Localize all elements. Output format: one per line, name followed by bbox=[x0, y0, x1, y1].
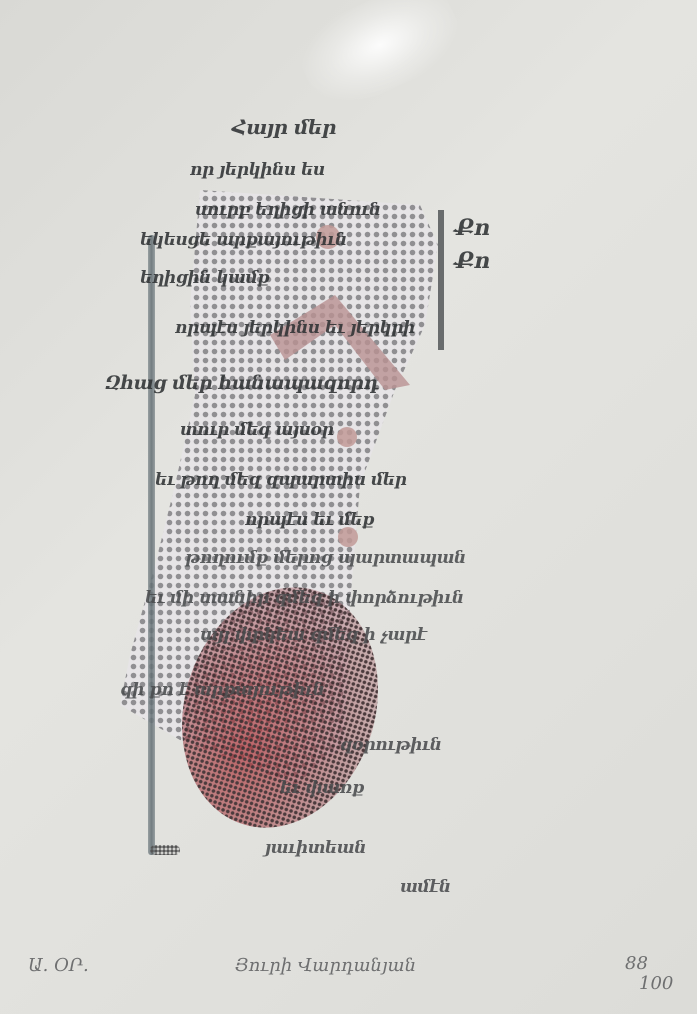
edition-denominator: 100 bbox=[639, 975, 673, 993]
text-line: զօրութիւն bbox=[340, 735, 442, 755]
text-line: որպէս եւ մեք bbox=[245, 510, 374, 530]
text-line: եւ թող մեզ զպարտիս մեր bbox=[155, 470, 406, 490]
text-line: Զհաց մեր հանապազորդ bbox=[105, 372, 378, 394]
side-mark: Քո bbox=[455, 215, 490, 241]
text-line: որպէս յերկինս եւ յերկրի bbox=[175, 318, 415, 338]
text-line: ամէն bbox=[400, 877, 451, 897]
artist-signature: Յուրի Վարդանյան bbox=[235, 955, 416, 976]
text-line: այլ փրկեա զմեզ ի չարէ bbox=[200, 625, 426, 645]
text-line: յաւիտեան bbox=[265, 838, 366, 858]
text-line: զի քո է արքայութիւն bbox=[120, 680, 324, 700]
text-line: եղիցին կամք bbox=[140, 268, 269, 288]
text-line: եւ փառք bbox=[280, 778, 364, 798]
text-line: եւ մի տանիր զմեզ ի փորձութիւն bbox=[145, 588, 464, 608]
edition-numerator: 88 bbox=[625, 955, 673, 973]
light-glare bbox=[288, 0, 471, 120]
vertical-gray-line bbox=[148, 235, 155, 855]
side-mark: Քո bbox=[455, 248, 490, 274]
line-foot-mark bbox=[150, 845, 180, 855]
text-line: սուրբ եղիցի անուն bbox=[195, 200, 381, 220]
edition-mark: Ա. ՕՐ. bbox=[28, 955, 89, 976]
edition-number: 88 100 bbox=[625, 955, 673, 993]
text-line: եկեսցե արքայութիւն bbox=[140, 230, 347, 250]
dark-vertical-bar bbox=[438, 210, 444, 350]
text-line: տուր մեզ այսօր bbox=[180, 420, 333, 440]
text-line: որ յերկինս ես bbox=[190, 160, 325, 180]
text-line: թողումք մերոց պարտապան bbox=[185, 548, 466, 568]
text-line: Հայր մեր bbox=[232, 115, 336, 139]
